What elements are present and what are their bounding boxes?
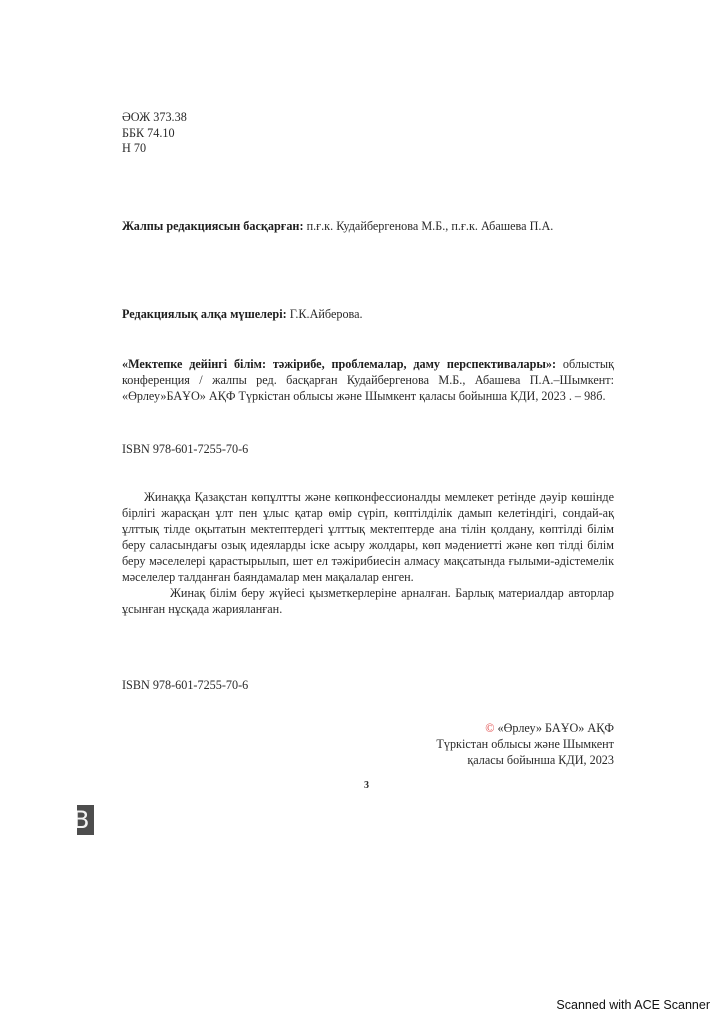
copyright-icon: © [485,721,494,735]
copyright-line-2: Түркістан облысы және Шымкент [380,736,614,752]
abstract-paragraph: Жинақ білім беру жүйесі қызметкерлеріне … [122,585,614,617]
general-editor: Жалпы редакциясын басқарған: п.ғ.к. Куда… [122,218,614,234]
scanner-watermark: Scanned with ACE Scanner [556,998,710,1012]
abstract-paragraph: Жинаққа Қазақстан көпұлтты және көпконфе… [122,489,614,585]
classification-codes: ӘОЖ 373.38 ББК 74.10 Н 70 [122,110,614,157]
isbn-bottom: ISBN 978-601-7255-70-6 [122,677,614,693]
citation-title: «Мектепке дейінгі білім: тәжірибе, пробл… [122,357,556,371]
scanned-page: ӘОЖ 373.38 ББК 74.10 Н 70 Жалпы редакция… [0,0,724,1024]
scanner-logo-icon: B [77,805,94,835]
lbc-code: ББК 74.10 [122,126,614,142]
editor-value: п.ғ.к. Кудайбергенова М.Б., п.ғ.к. Абаше… [307,219,554,233]
copyright-line-1: «Өрлеу» БАҰО» АҚФ [498,721,615,735]
isbn-top: ISBN 978-601-7255-70-6 [122,441,614,457]
page-number: 3 [364,780,369,791]
author-mark: Н 70 [122,141,614,157]
bibliographic-citation: «Мектепке дейінгі білім: тәжірибе, пробл… [122,356,614,404]
editorial-board: Редакциялық алқа мүшелері: Г.К.Айберова. [122,306,614,322]
board-value: Г.К.Айберова. [290,307,363,321]
copyright-line-3: қаласы бойынша КДИ, 2023 [380,752,614,768]
board-label: Редакциялық алқа мүшелері: [122,307,287,321]
copyright-block: © «Өрлеу» БАҰО» АҚФ Түркістан облысы жән… [380,720,614,768]
abstract: Жинаққа Қазақстан көпұлтты және көпконфе… [122,489,614,617]
udc-code: ӘОЖ 373.38 [122,110,614,126]
editor-label: Жалпы редакциясын басқарған: [122,219,304,233]
